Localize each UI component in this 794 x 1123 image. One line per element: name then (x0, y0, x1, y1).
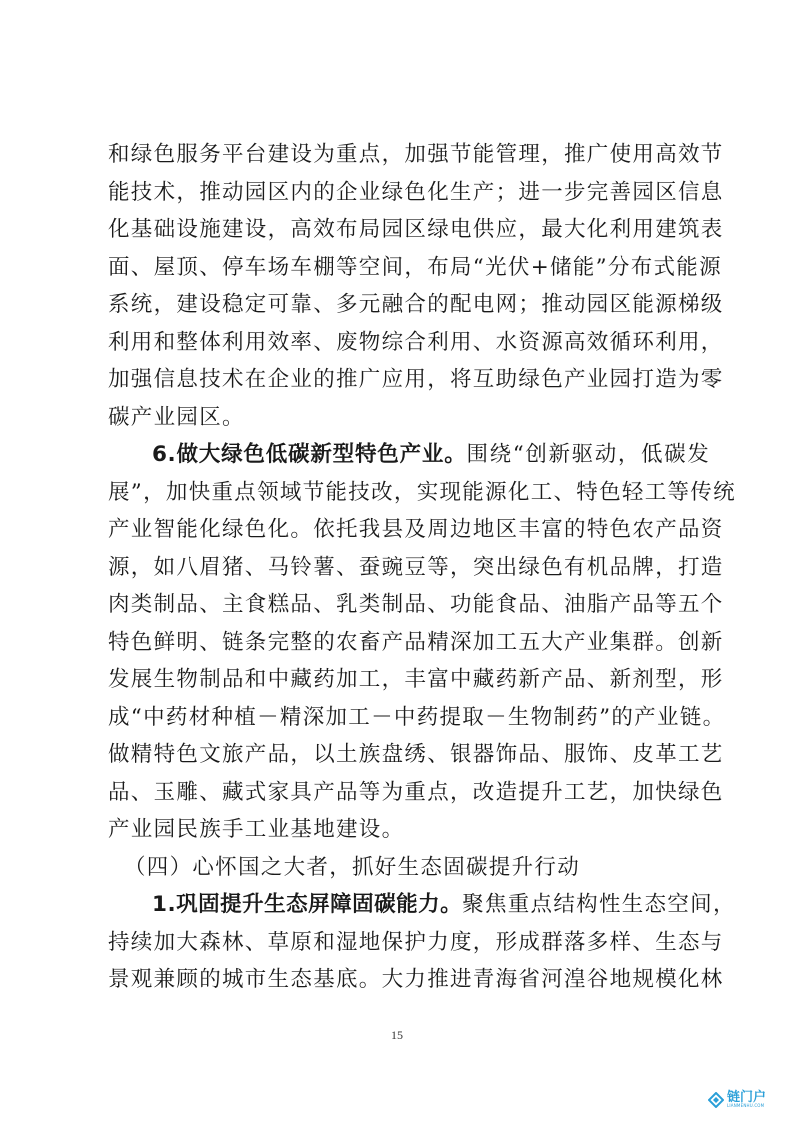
text-line: 化基础设施建设，高效布局园区绿电供应，最大化利用建筑表 (108, 211, 710, 249)
section-heading-line: 1.巩固提升生态屏障固碳能力。聚焦重点结构性生态空间， (108, 886, 710, 924)
logo-name-en: LIANMENHU.COM (727, 1104, 766, 1108)
section-heading: 1.巩固提升生态屏障固碳能力。 (152, 892, 462, 917)
section-heading-line: 6.做大绿色低碳新型特色产业。围绕“创新驱动，低碳发 (108, 436, 710, 474)
text-line: 品、玉雕、藏式家具产品等为重点，改造提升工艺，加快绿色 (108, 774, 710, 812)
text-line: 产业园民族手工业基地建设。 (108, 811, 710, 849)
text-line: 产业智能化绿色化。依托我县及周边地区丰富的特色农产品资 (108, 511, 710, 549)
lianmenhu-logo-icon (708, 1092, 724, 1108)
watermark-logo: 链门户 LIANMENHU.COM (708, 1091, 766, 1108)
page-number: 15 (0, 1028, 794, 1043)
text-line: 加强信息技术在企业的推广应用，将互助绿色产业园打造为零 (108, 361, 710, 399)
text-line: 景观兼顾的城市生态基底。大力推进青海省河湟谷地规模化林 (108, 961, 710, 999)
text-line: 面、屋顶、停车场车棚等空间，布局“光伏+储能”分布式能源 (108, 249, 710, 287)
text-line: 特色鲜明、链条完整的农畜产品精深加工五大产业集群。创新 (108, 624, 710, 662)
text-line: 源，如八眉猪、马铃薯、蚕豌豆等，突出绿色有机品牌，打造 (108, 549, 710, 587)
text-line: 利用和整体利用效率、废物综合利用、水资源高效循环利用， (108, 324, 710, 362)
text-line: 和绿色服务平台建设为重点，加强节能管理，推广使用高效节 (108, 136, 710, 174)
text-span: 聚焦重点结构性生态空间， (462, 892, 736, 917)
subsection-title: （四）心怀国之大者，抓好生态固碳提升行动 (108, 849, 710, 887)
text-line: 碳产业园区。 (108, 399, 710, 437)
text-line: 做精特色文旅产品，以土族盘绣、银器饰品、服饰、皮革工艺 (108, 736, 710, 774)
text-line: 成“中药材种植－精深加工－中药提取－生物制药”的产业链。 (108, 699, 710, 737)
text-line: 持续加大森林、草原和湿地保护力度，形成群落多样、生态与 (108, 924, 710, 962)
text-span: 围绕“创新驱动，低碳发 (467, 442, 710, 467)
text-line: 肉类制品、主食糕品、乳类制品、功能食品、油脂产品等五个 (108, 586, 710, 624)
text-line: 展”，加快重点领域节能技改，实现能源化工、特色轻工等传统 (108, 474, 710, 512)
text-line: 能技术，推动园区内的企业绿色化生产；进一步完善园区信息 (108, 174, 710, 212)
text-line: 系统，建设稳定可靠、多元融合的配电网；推动园区能源梯级 (108, 286, 710, 324)
text-line: 发展生物制品和中藏药加工，丰富中藏药新产品、新剂型，形 (108, 661, 710, 699)
section-heading: 6.做大绿色低碳新型特色产业。 (152, 442, 467, 467)
document-body: 和绿色服务平台建设为重点，加强节能管理，推广使用高效节 能技术，推动园区内的企业… (108, 136, 710, 999)
